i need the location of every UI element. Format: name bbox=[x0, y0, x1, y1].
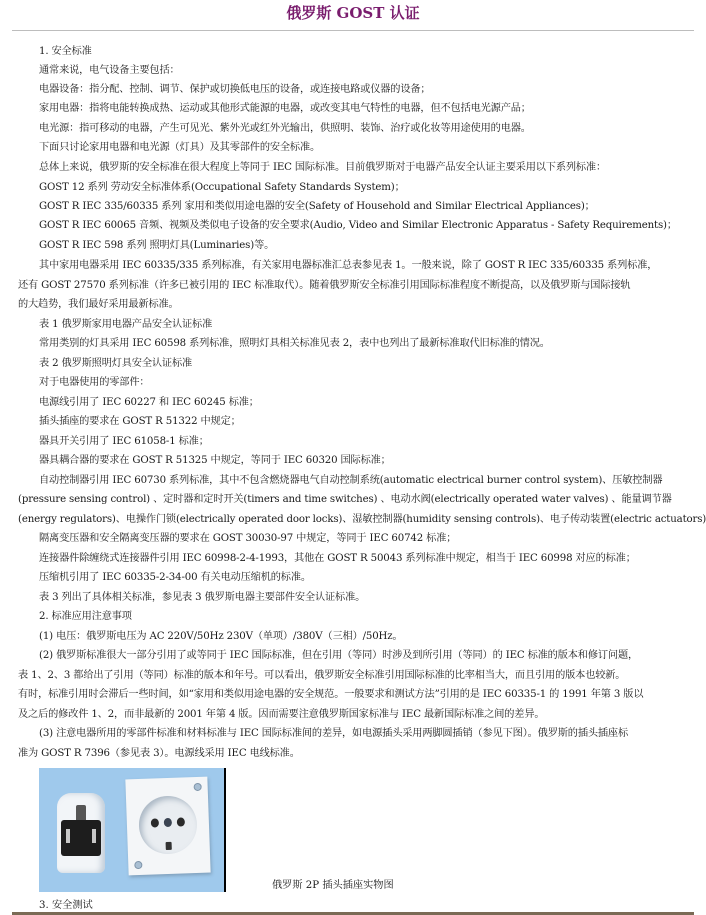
paragraph-line: (pressure sensing control) 、定时器和定时开关(tim… bbox=[18, 493, 672, 506]
table-reference: 表 2 俄罗斯照明灯具安全认证标准 bbox=[39, 357, 192, 370]
standard-list-item: GOST 12 系列 劳动安全标准体系(Occupational Safety … bbox=[39, 181, 405, 194]
plug-image bbox=[57, 793, 105, 873]
paragraph-line: (energy regulators)、电操作门锁(electrically o… bbox=[18, 513, 706, 526]
paragraph-line: 下面只讨论家用电器和电光源（灯具）及其零部件的安全标准。 bbox=[39, 141, 320, 154]
component-list-item: 隔离变压器和安全隔离变压器的要求在 GOST 30030-97 中规定，等同于 … bbox=[39, 532, 456, 545]
section-heading-2: 2. 标准应用注意事项 bbox=[39, 610, 132, 623]
paragraph-line: 电器设备：指分配、控制、调节、保护或切换低电压的设备，或连接电路或仪器的设备； bbox=[39, 83, 430, 96]
paragraph-line: 的大趋势，我们最好采用最新标准。 bbox=[18, 298, 179, 311]
paragraph-line: 常用类别的灯具采用 IEC 60598 系列标准，照明灯具相关标准见表 2，表中… bbox=[39, 337, 550, 350]
component-list-item: 电源线引用了 IEC 60227 和 IEC 60245 标准； bbox=[39, 396, 259, 409]
plug-socket-photo bbox=[39, 768, 226, 892]
socket-image bbox=[125, 777, 210, 876]
standard-list-item: GOST R IEC 60065 音频、视频及类似电子设备的安全要求(Audio… bbox=[39, 219, 677, 232]
component-list-item: 器具耦合器的要求在 GOST R 51325 中规定，等同于 IEC 60320… bbox=[39, 454, 391, 467]
paragraph-line: 表 1、2、3 都给出了引用（等同）标准的版本和年号。可以看出，俄罗斯安全标准引… bbox=[18, 669, 625, 682]
component-list-item: 压缩机引用了 IEC 60335-2-34-00 有关电动压缩机的标准。 bbox=[39, 571, 311, 584]
title-divider bbox=[12, 30, 694, 31]
paragraph-line: (2) 俄罗斯标准很大一部分引用了或等同于 IEC 国际标准，但在引用（等同）时… bbox=[39, 649, 638, 662]
paragraph-line: 及之后的修改件 1、2，而非最新的 2001 年第 4 版。因而需要注意俄罗斯国… bbox=[18, 708, 544, 721]
table-reference: 表 3 列出了具体相关标准，参见表 3 俄罗斯电器主要部件安全认证标准。 bbox=[39, 591, 365, 604]
paragraph-line: 其中家用电器采用 IEC 60335/335 系列标准，有关家用电器标准汇总表参… bbox=[39, 259, 657, 272]
standard-list-item: GOST R IEC 335/60335 系列 家用和类似用途电器的安全(Saf… bbox=[39, 200, 595, 213]
paragraph-line: 还有 GOST 27570 系列标准（许多已被引用的 IEC 标准取代）。随着俄… bbox=[18, 279, 630, 292]
section-heading-3: 3. 安全测试 bbox=[39, 899, 93, 912]
paragraph-line: 电光源：指可移动的电器，产生可见光、紫外光或红外光输出，供照明、装饰、治疗或化妆… bbox=[39, 122, 531, 135]
table-reference: 表 1 俄罗斯家用电器产品安全认证标准 bbox=[39, 318, 212, 331]
paragraph-line: 有时，标准引用时会滞后一些时间，如“家用和类似用途电器的安全规范。一般要求和测试… bbox=[18, 688, 643, 701]
paragraph-line: 通常来说，电气设备主要包括： bbox=[39, 64, 180, 77]
paragraph-line: 家用电器：指将电能转换成热、运动或其他形式能源的电器，或改变其电气特性的电器，但… bbox=[39, 102, 531, 115]
paragraph-line: 总体上来说，俄罗斯的安全标准在很大程度上等同于 IEC 国际标准。目前俄罗斯对于… bbox=[39, 161, 606, 174]
figure-caption: 俄罗斯 2P 插头插座实物图 bbox=[272, 879, 394, 892]
page-title: 俄罗斯 GOST 认证 bbox=[0, 2, 706, 23]
component-list-item: 器具开关引用了 IEC 61058-1 标准； bbox=[39, 435, 209, 448]
paragraph-line: 对于电器使用的零部件： bbox=[39, 376, 149, 389]
paragraph-line: (3) 注意电器所用的零部件标准和材料标准与 IEC 国际标准间的差异，如电源插… bbox=[39, 727, 628, 740]
component-list-item: 连接器件除缠绕式连接器件引用 IEC 60998-2-4-1993，其他在 GO… bbox=[39, 552, 636, 565]
paragraph-line: (1) 电压：俄罗斯电压为 AC 220V/50Hz 230V（单项）/380V… bbox=[39, 630, 403, 643]
section-heading-1: 1. 安全标准 bbox=[39, 45, 92, 58]
paragraph-line: 准为 GOST R 7396（参见表 3）。电源线采用 IEC 电线标准。 bbox=[18, 747, 300, 760]
component-list-item: 插头插座的要求在 GOST R 51322 中规定； bbox=[39, 415, 241, 428]
standard-list-item: GOST R IEC 598 系列 照明灯具(Luminaries)等。 bbox=[39, 239, 274, 252]
component-list-item: 自动控制器引用 IEC 60730 系列标准，其中不包含燃烧器电气自动控制系统(… bbox=[39, 474, 662, 487]
